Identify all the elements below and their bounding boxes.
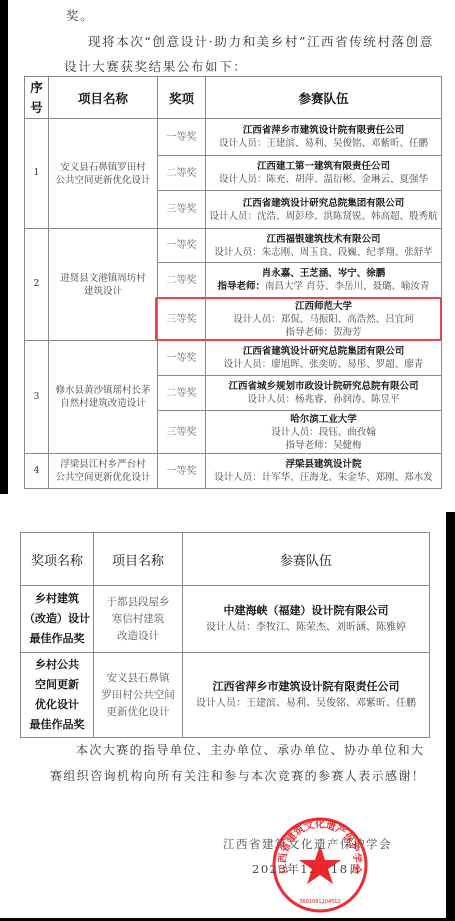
award-cell: 二等奖 — [158, 156, 206, 191]
award-cell: 二等奖 — [158, 376, 206, 411]
table-row: 4 浮梁县江村乡严台村公共空间更新优化设计 一等奖 浮梁县建筑设计院设计人员：计… — [25, 454, 442, 489]
header-category: 奖项名称 — [21, 533, 94, 586]
award-cell: 一等奖 — [158, 341, 206, 376]
header-project: 项目名称 — [49, 77, 158, 119]
team-cell: 江西省萍乡市建筑设计院有限责任公司设计人员：王建滨、易利、吴俊铭、邓紫昕、任鹏 — [183, 653, 430, 738]
seq-cell: 3 — [25, 341, 49, 454]
header-award: 奖项 — [158, 77, 206, 119]
results-table: 序号 项目名称 奖项 参赛队伍 1 安义县石鼻镇罗田村公共空间更新优化设计 一等… — [24, 76, 442, 489]
category-cell: 乡村公共空间更新优化设计最佳作品奖 — [21, 653, 94, 738]
official-seal-icon: 江西省建筑文化遗产保护学会 3601081204512 — [270, 815, 370, 915]
team-cell: 江西福银建筑技术有限公司设计人员：朱志刚、周玉良、段巍、纪孝翔、张舒芊 — [206, 229, 442, 263]
header-project: 项目名称 — [94, 533, 183, 586]
project-name-cell: 进贤县文港镇周坊村建筑设计 — [49, 229, 158, 341]
right-black-border — [446, 512, 455, 921]
team-cell: 浮梁县建筑设计院设计人员：计军华、汪海龙、朱金华、郑刚、郑水发 — [206, 454, 442, 489]
project-name-cell: 修水县黄沙镇瑶村长茅自然村建筑改造设计 — [49, 341, 158, 454]
project-name-cell: 安义县石鼻镇罗田村公共空间更新优化设计 — [94, 653, 183, 738]
award-cell: 一等奖 — [158, 119, 206, 156]
special-header-row: 奖项名称 项目名称 参赛队伍 — [21, 533, 430, 586]
special-awards-table: 奖项名称 项目名称 参赛队伍 乡村建筑（改造）设计最佳作品奖 于都县段屋乡寒信村… — [20, 532, 430, 738]
seq-cell: 1 — [25, 119, 49, 229]
closing-line-1: 本次大赛的指导单位、主办单位、承办单位、协办单位和大 — [76, 741, 424, 758]
table-row: 乡村公共空间更新优化设计最佳作品奖 安义县石鼻镇罗田村公共空间更新优化设计 江西… — [21, 653, 430, 738]
highlight-box — [155, 297, 442, 341]
team-cell: 肖永嘉、王芝涵、岑宁、徐鹏指导老师：南昌大学 肖芬、李岳川、聂璐、喻汝青 — [206, 263, 442, 298]
results-header-row: 序号 项目名称 奖项 参赛队伍 — [25, 77, 442, 119]
table-row: 2 进贤县文港镇周坊村建筑设计 一等奖 江西福银建筑技术有限公司设计人员：朱志刚… — [25, 229, 442, 263]
team-cell: 江西省建筑设计研究总院集团有限公司设计人员：沈浩、周彭珍、洪陈贤锐、韩高超、殷秀… — [206, 191, 442, 229]
header-seq: 序号 — [25, 77, 49, 119]
team-cell: 哈尔滨工业大学设计人员：段钰、曲孜翰指导老师：吴健梅 — [206, 411, 442, 454]
seq-cell: 4 — [25, 454, 49, 489]
table-row: 乡村建筑（改造）设计最佳作品奖 于都县段屋乡寒信村建筑改造设计 中建海峡（福建）… — [21, 586, 430, 653]
svg-text:3601081204512: 3601081204512 — [299, 899, 340, 905]
table-row: 1 安义县石鼻镇罗田村公共空间更新优化设计 一等奖 江西省萍乡市建筑设计院有限责… — [25, 119, 442, 156]
intro-line-2: 设计大赛获奖结果公布如下： — [64, 57, 247, 75]
intro-line-1: 现将本次“创意设计·助力和美乡村”江西省传统村落创意 — [88, 32, 434, 50]
header-team: 参赛队伍 — [183, 533, 430, 586]
project-name-cell: 安义县石鼻镇罗田村公共空间更新优化设计 — [49, 119, 158, 229]
team-cell: 江西建工第一建筑有限责任公司设计人员：陈充、胡萍、温衍彬、金琳云、夏强华 — [206, 156, 442, 191]
award-cell: 三等奖 — [158, 411, 206, 454]
team-cell: 江西省萍乡市建筑设计院有限责任公司设计人员：王建滨、易利、吴俊铭、邓紫昕、任鹏 — [206, 119, 442, 156]
team-cell: 中建海峡（福建）设计院有限公司设计人员：李牧江、陈荣杰、刘昕涵、陈雅婷 — [183, 586, 430, 653]
table-row: 3 修水县黄沙镇瑶村长茅自然村建筑改造设计 一等奖 江西省建筑设计研究总院集团有… — [25, 341, 442, 376]
award-cell: 一等奖 — [158, 454, 206, 489]
award-cell: 二等奖 — [158, 263, 206, 298]
team-cell: 江西省建筑设计研究总院集团有限公司设计人员：廖旭晖、张奕昉、易彤、罗超、廖青 — [206, 341, 442, 376]
category-cell: 乡村建筑（改造）设计最佳作品奖 — [21, 586, 94, 653]
left-black-border — [0, 0, 8, 494]
project-name-cell: 于都县段屋乡寒信村建筑改造设计 — [94, 586, 183, 653]
closing-line-2: 赛组织咨询机构向所有关注和参与本次竞赛的参赛人表示感谢！ — [50, 767, 425, 784]
award-cell: 一等奖 — [158, 229, 206, 263]
team-cell: 江西省城乡规划市政设计院研究总院有限公司设计人员：杨兆睿、孙润涛、陈昱平 — [206, 376, 442, 411]
project-name-cell: 浮梁县江村乡严台村公共空间更新优化设计 — [49, 454, 158, 489]
award-cell: 三等奖 — [158, 191, 206, 229]
seq-cell: 2 — [25, 229, 49, 341]
header-team: 参赛队伍 — [206, 77, 442, 119]
intro-line-0: 奖。 — [66, 6, 94, 24]
